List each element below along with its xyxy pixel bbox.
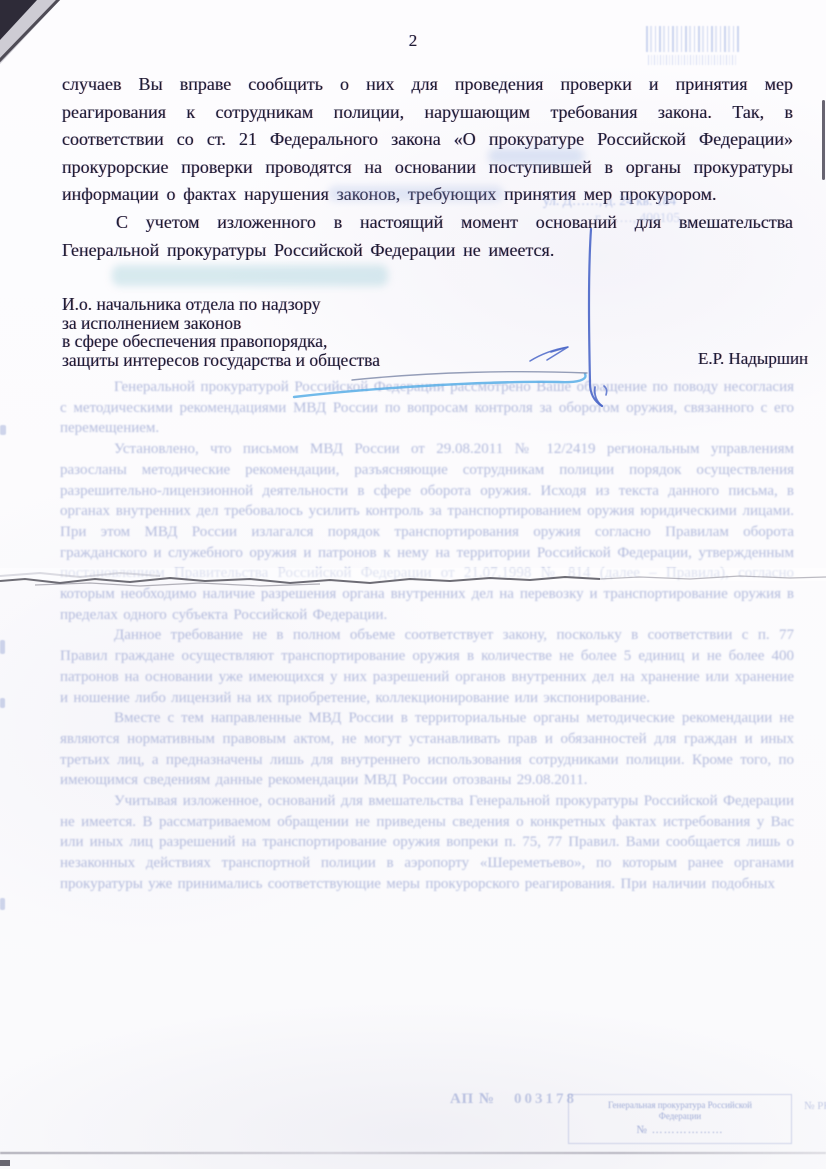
- bleedthrough-smudge: [488, 148, 584, 164]
- scanned-letter-page: 2 случаев Вы вправе сообщить о них для п…: [0, 0, 826, 1169]
- stamp-series: АП №: [450, 1091, 495, 1108]
- bleedthrough-paragraph: Учитывая изложенное, оснований для вмеша…: [60, 791, 794, 895]
- edge-mark: [0, 425, 6, 435]
- bleedthrough-paragraph: Установлено, что письмом МВД России от 2…: [60, 439, 794, 625]
- stamp-box-line3: № ………………: [569, 1125, 791, 1136]
- edge-mark: [0, 698, 5, 708]
- bleedthrough-paragraph: Генеральной прокуратурой Российской Феде…: [60, 377, 794, 439]
- signer-title-line: И.о. начальника отдела по надзору: [62, 295, 380, 314]
- signer-title-line: за исполнением законов: [62, 314, 380, 333]
- signer-title-block: И.о. начальника отдела по надзору за исп…: [62, 295, 380, 369]
- bleedthrough-address-line1: ул. Д……, д. 24 кв. 184: [543, 192, 680, 209]
- scan-corner-mark: [0, 1160, 10, 1166]
- stamp-edge-fragment: № РК: [804, 1100, 826, 1112]
- signee-name: Е.Р. Надыршин: [698, 349, 808, 369]
- bleedthrough-stamp-row: АП № 003178 Генеральная прокуратура Росс…: [0, 1086, 826, 1152]
- barcode-digits-band: [648, 55, 738, 65]
- stamp-box-line2: Федерации: [569, 1111, 791, 1122]
- bleedthrough-body: Генеральной прокуратурой Российской Феде…: [60, 377, 794, 895]
- stamp-box-line1: Генеральная прокуратура Российской: [569, 1100, 791, 1111]
- page-number: 2: [0, 31, 826, 51]
- bleedthrough-address-line2: г. ……, 400105: [543, 209, 680, 226]
- signer-title-line: в сфере обеспечения правопорядка,: [62, 332, 380, 351]
- edge-mark: [0, 898, 5, 910]
- bleedthrough-smudge: [328, 186, 503, 201]
- edge-mark: [0, 640, 5, 654]
- bleedthrough-address: ул. Д……, д. 24 кв. 184 г. ……, 400105: [543, 192, 680, 226]
- letter-paragraph-2: С учетом изложенного в настоящий момент …: [62, 209, 793, 264]
- letter-body: случаев Вы вправе сообщить о них для про…: [62, 71, 793, 264]
- stamp-box: Генеральная прокуратура Российской Федер…: [568, 1094, 792, 1144]
- bleedthrough-paragraph: Данное требование не в полном объеме соо…: [60, 625, 794, 708]
- bleedthrough-smudge: [112, 265, 388, 286]
- scan-edge-mark: [822, 100, 825, 180]
- signer-title-line: защиты интересов государства и общества: [62, 351, 380, 370]
- bleedthrough-paragraph: Вместе с тем направленные МВД России в т…: [60, 708, 794, 791]
- scan-bottom-shadow: [0, 1152, 826, 1154]
